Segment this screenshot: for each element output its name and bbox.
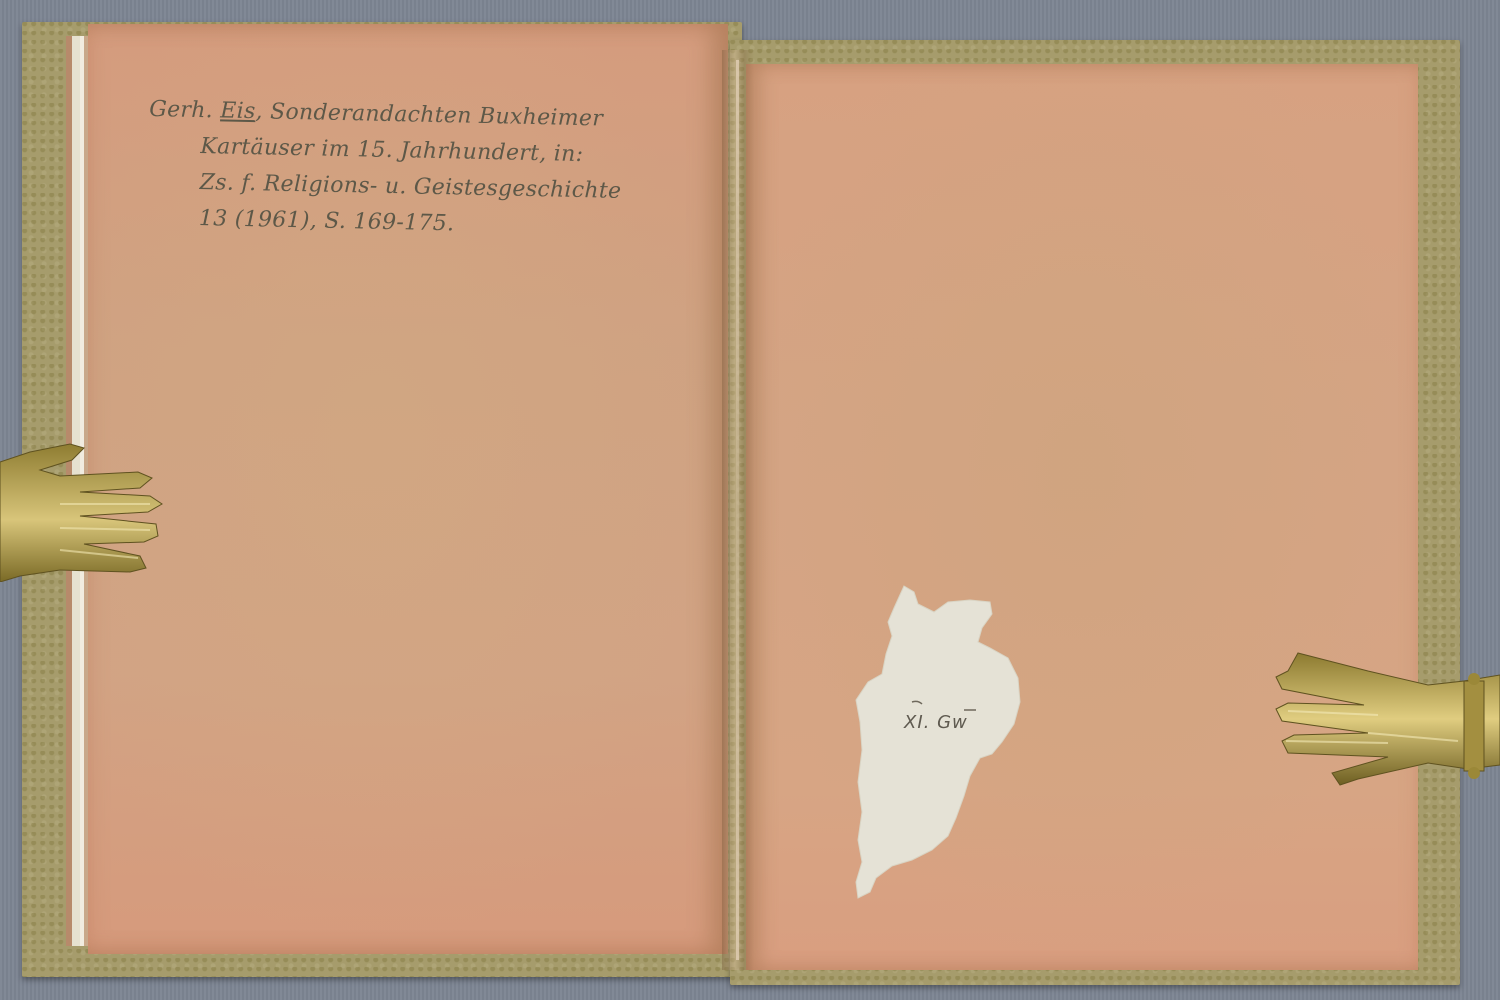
book-scan: Gerh. Eis, Sonderandachten Buxheimer Kar…: [0, 0, 1500, 1000]
shelfmark-note: XI. Gw: [904, 712, 968, 733]
left-hand-clip[interactable]: [0, 432, 165, 582]
note-author: Eis: [220, 98, 256, 124]
right-page: [746, 64, 1418, 970]
right-hand-clip[interactable]: [1268, 645, 1500, 795]
brass-hand-icon: [1268, 645, 1500, 795]
paper-patch: [852, 582, 1022, 900]
paper-patch-shape: [852, 582, 1022, 900]
note-prefix: Gerh.: [149, 97, 213, 123]
gutter-crease: [736, 60, 739, 960]
note-title-start: , Sonderandachten Buxheimer: [255, 99, 603, 131]
handwritten-citation: Gerh. Eis, Sonderandachten Buxheimer Kar…: [147, 92, 730, 248]
brass-hand-icon: [0, 432, 165, 582]
